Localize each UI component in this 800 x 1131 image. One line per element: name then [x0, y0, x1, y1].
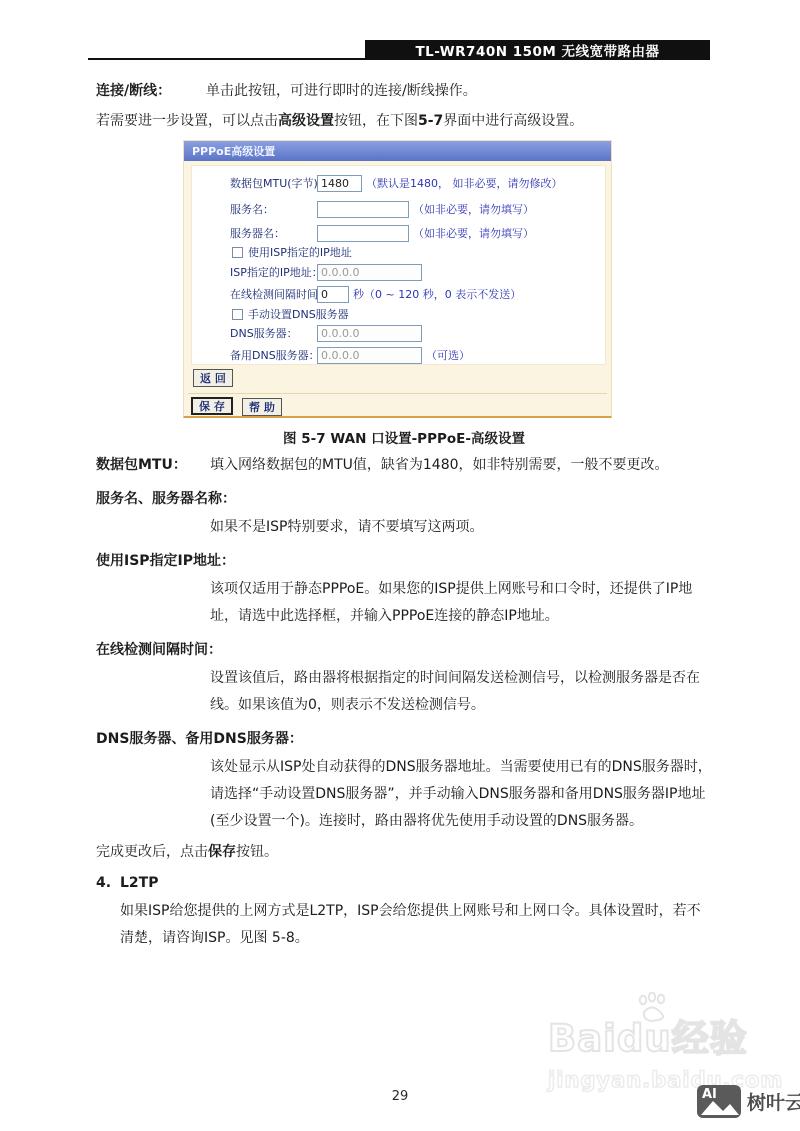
manual-page: TL-WR740N 150M 无线宽带路由器 连接/断线： 单击此按钮，可进行即…	[0, 0, 800, 1131]
product-title: TL-WR740N 150M 无线宽带路由器	[365, 40, 710, 60]
watermark-baidu-text: Baidu	[548, 1017, 672, 1060]
dns2-label: 备用DNS服务器：	[230, 347, 317, 363]
watermark-jingyan-text: 经验	[672, 1017, 748, 1060]
heading-dns: DNS服务器、备用DNS服务器：	[96, 726, 712, 753]
l2tp-title: L2TP	[120, 870, 158, 897]
mtu-definition: 数据包MTU： 填入网络数据包的MTU值，缺省为1480，如非特别需要，一般不要…	[96, 452, 712, 479]
isp-ip-row: ISP指定的IP地址：	[230, 263, 422, 281]
heading-isp-ip: 使用ISP指定IP地址：	[96, 548, 712, 575]
paragraph-l2tp: 如果ISP给您提供的上网方式是L2TP，ISP会给您提供上网账号和上网口令。具体…	[120, 898, 712, 952]
mtu-label: 数据包MTU(字节)：	[230, 175, 317, 191]
pppoe-advanced-settings-dialog: PPPoE高级设置 数据包MTU(字节)： （默认是1480， 如非必要，请勿修…	[183, 140, 612, 418]
paw-icon	[634, 992, 674, 1022]
note-bold-advanced: 高级设置	[278, 113, 334, 129]
server-name-hint: （如非必要，请勿填写）	[413, 225, 534, 241]
mtu-desc: 填入网络数据包的MTU值，缺省为1480，如非特别需要，一般不要更改。	[210, 452, 669, 479]
service-name-input[interactable]	[317, 201, 409, 218]
closing-bold-save: 保存	[208, 844, 236, 860]
mtu-input[interactable]	[317, 175, 362, 192]
service-name-hint: （如非必要，请勿填写）	[413, 201, 534, 217]
mtu-hint: （默认是1480， 如非必要，请勿修改）	[366, 175, 563, 191]
use-isp-ip-label: 使用ISP指定的IP地址	[248, 244, 352, 260]
heading-service-names: 服务名、服务器名称：	[96, 486, 712, 513]
detect-interval-label: 在线检测间隔时间：	[230, 286, 317, 302]
isp-ip-input[interactable]	[317, 264, 422, 281]
dialog-title-bar: PPPoE高级设置	[184, 141, 611, 161]
connect-disconnect-definition: 连接/断线： 单击此按钮，可进行即时的连接/断线操作。	[96, 80, 712, 100]
detect-interval-row: 在线检测间隔时间： 秒（0 ~ 120 秒，0 表示不发送）	[230, 285, 521, 303]
manual-dns-label: 手动设置DNS服务器	[248, 306, 349, 322]
mtu-term: 数据包MTU：	[96, 452, 210, 479]
note-text: 若需要进一步设置，可以点击	[96, 113, 278, 129]
note-text: 按钮，在下图	[334, 113, 418, 129]
server-name-label: 服务器名：	[230, 225, 317, 241]
advanced-settings-note: 若需要进一步设置，可以点击高级设置按钮，在下图5-7界面中进行高级设置。	[96, 110, 712, 130]
l2tp-number: 4.	[96, 870, 120, 897]
use-isp-ip-row: 使用ISP指定的IP地址	[232, 245, 352, 259]
paragraph-isp-ip: 该项仅适用于静态PPPoE。如果您的ISP提供上网账号和口令时，还提供了IP地址…	[210, 576, 712, 630]
figure-caption: 图 5-7 WAN 口设置-PPPoE-高级设置	[96, 427, 712, 447]
dns-input[interactable]	[317, 325, 422, 342]
server-name-row: 服务器名： （如非必要，请勿填写）	[230, 224, 534, 242]
watermark-brand: Baidu经验	[548, 1008, 778, 1062]
dialog-form-panel: 数据包MTU(字节)： （默认是1480， 如非必要，请勿修改） 服务名： （如…	[191, 165, 606, 365]
heading-detect-interval: 在线检测间隔时间：	[96, 637, 712, 664]
paragraph-detect-interval: 设置该值后，路由器将根据指定的时间间隔发送检测信号，以检测服务器是否在线。如果该…	[210, 665, 712, 719]
dns-label: DNS服务器：	[230, 325, 317, 341]
closing-text: 完成更改后，点击	[96, 844, 208, 860]
isp-ip-label: ISP指定的IP地址：	[230, 264, 317, 280]
closing-text: 按钮。	[236, 844, 278, 860]
dialog-separator	[188, 393, 607, 394]
detect-interval-hint: 秒（0 ~ 120 秒，0 表示不发送）	[353, 286, 521, 302]
note-text: 界面中进行高级设置。	[443, 113, 583, 129]
dns-row: DNS服务器：	[230, 324, 422, 342]
help-button[interactable]: 帮 助	[242, 398, 282, 416]
note-bold-fig: 5-7	[418, 113, 443, 129]
definition-term: 连接/断线：	[96, 80, 206, 100]
detect-interval-input[interactable]	[317, 286, 349, 303]
definition-text: 单击此按钮，可进行即时的连接/断线操作。	[206, 80, 477, 100]
mtu-row: 数据包MTU(字节)： （默认是1480， 如非必要，请勿修改）	[230, 174, 563, 192]
server-name-input[interactable]	[317, 225, 409, 242]
service-name-label: 服务名：	[230, 201, 317, 217]
paragraph-dns: 该处显示从ISP处自动获得的DNS服务器地址。当需要使用已有的DNS服务器时，请…	[210, 754, 712, 835]
dns2-row: 备用DNS服务器： （可选）	[230, 346, 470, 364]
page-number: 29	[0, 1089, 800, 1104]
back-button[interactable]: 返 回	[193, 369, 233, 387]
use-isp-ip-checkbox[interactable]	[232, 247, 243, 258]
heading-l2tp: 4. L2TP	[96, 870, 712, 897]
paragraph-service-names: 如果不是ISP特别要求，请不要填写这两项。	[210, 514, 712, 541]
manual-dns-checkbox[interactable]	[232, 309, 243, 320]
dns2-input[interactable]	[317, 347, 422, 364]
body-text: 数据包MTU： 填入网络数据包的MTU值，缺省为1480，如非特别需要，一般不要…	[96, 452, 712, 952]
service-name-row: 服务名： （如非必要，请勿填写）	[230, 200, 534, 218]
page-header: TL-WR740N 150M 无线宽带路由器	[88, 40, 710, 60]
dns2-hint: （可选）	[426, 347, 470, 363]
closing-note: 完成更改后，点击保存按钮。	[96, 839, 712, 866]
save-button[interactable]: 保 存	[191, 397, 233, 415]
manual-dns-row: 手动设置DNS服务器	[232, 307, 349, 321]
baidu-watermark: Baidu经验 jingyan.baidu.com	[548, 1008, 778, 1092]
